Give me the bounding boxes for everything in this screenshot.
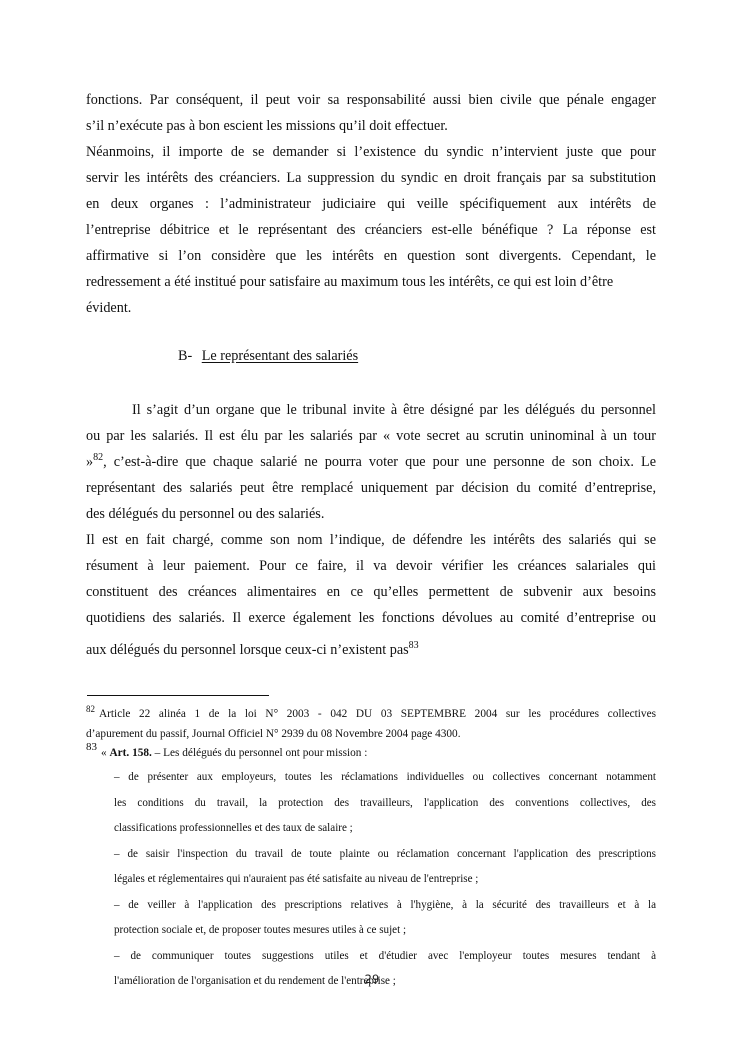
article-label: Art. 158. [109, 747, 151, 759]
text-line: s’il n’exécute pas à bon escient les mis… [86, 113, 656, 139]
text-line: Il s’agit d’un organe que le tribunal in… [86, 397, 656, 423]
footnote-83: 83« Art. 158. – Les délégués du personne… [86, 743, 656, 763]
section-heading: B- Le représentant des salariés [178, 346, 358, 366]
section-heading-title: Le représentant des salariés [202, 348, 358, 364]
bullet-line: – de présenter aux employeurs, toutes le… [114, 765, 656, 791]
bullet-line: protection sociale et, de proposer toute… [114, 918, 656, 944]
footnote-line: 82Article 22 alinéa 1 de la loi N° 2003 … [86, 704, 656, 724]
text-line: constituent des créances alimentaires en… [86, 579, 656, 605]
text-line: redressement a été institué pour satisfa… [86, 269, 656, 295]
page-number: 29 [0, 972, 744, 986]
footnote-line: d’apurement du passif, Journal Officiel … [86, 724, 656, 744]
text-line-with-footnote: »82, c’est-à-dire que chaque salarié ne … [86, 449, 656, 475]
body-section-bottom: Il s’agit d’un organe que le tribunal in… [86, 397, 656, 663]
bullet-line: les conditions du travail, la protection… [114, 791, 656, 817]
bullet-line: classifications professionnelles et des … [114, 816, 656, 842]
text-line: représentant des salariés peut être remp… [86, 475, 656, 501]
footnote-number: 83 [86, 741, 97, 753]
text-fragment: aux délégués du personnel lorsque ceux-c… [86, 642, 409, 658]
text-line-with-footnote: aux délégués du personnel lorsque ceux-c… [86, 637, 656, 663]
section-heading-label: B- [178, 348, 192, 364]
footnote-intro: – Les délégués du personnel ont pour mis… [155, 747, 368, 759]
text-line: en deux organes : l’administrateur judic… [86, 191, 656, 217]
text-line: évident. [86, 295, 656, 321]
bullet-line: – de communiquer toutes suggestions util… [114, 944, 656, 970]
text-line: fonctions. Par conséquent, il peut voir … [86, 87, 656, 113]
footnote-ref-82[interactable]: 82 [93, 452, 103, 463]
text-line: Il est en fait chargé, comme son nom l’i… [86, 527, 656, 553]
text-line: ou par les salariés. Il est élu par les … [86, 423, 656, 449]
document-page: fonctions. Par conséquent, il peut voir … [0, 0, 744, 1053]
footnote-separator [87, 695, 269, 696]
footnote-line: 83« Art. 158. – Les délégués du personne… [86, 743, 656, 763]
bullet-line: légales et réglementaires qui n'auraient… [114, 867, 656, 893]
text-fragment: , c’est-à-dire que chaque salarié ne pou… [103, 454, 656, 470]
open-quote: « [101, 747, 107, 759]
text-line: servir les intérêts des créanciers. La s… [86, 165, 656, 191]
text-line: affirmative si l’on considère que les in… [86, 243, 656, 269]
footnote-number: 82 [86, 704, 95, 714]
bullet-line: – de veiller à l'application des prescri… [114, 893, 656, 919]
text-line: des délégués du personnel ou des salarié… [86, 501, 656, 527]
footnote-82: 82Article 22 alinéa 1 de la loi N° 2003 … [86, 704, 656, 744]
text-line: quotidiens des salariés. Il exerce égale… [86, 605, 656, 631]
text-line: l’entreprise débitrice et le représentan… [86, 217, 656, 243]
body-section-top: fonctions. Par conséquent, il peut voir … [86, 87, 656, 321]
text-line: résument à leur paiement. Pour ce faire,… [86, 553, 656, 579]
text-line: Néanmoins, il importe de se demander si … [86, 139, 656, 165]
footnote-83-bullets: – de présenter aux employeurs, toutes le… [114, 765, 656, 995]
bullet-line: – de saisir l'inspection du travail de t… [114, 842, 656, 868]
footnote-ref-83[interactable]: 83 [409, 640, 419, 651]
footnote-text: Article 22 alinéa 1 de la loi N° 2003 - … [99, 708, 656, 720]
